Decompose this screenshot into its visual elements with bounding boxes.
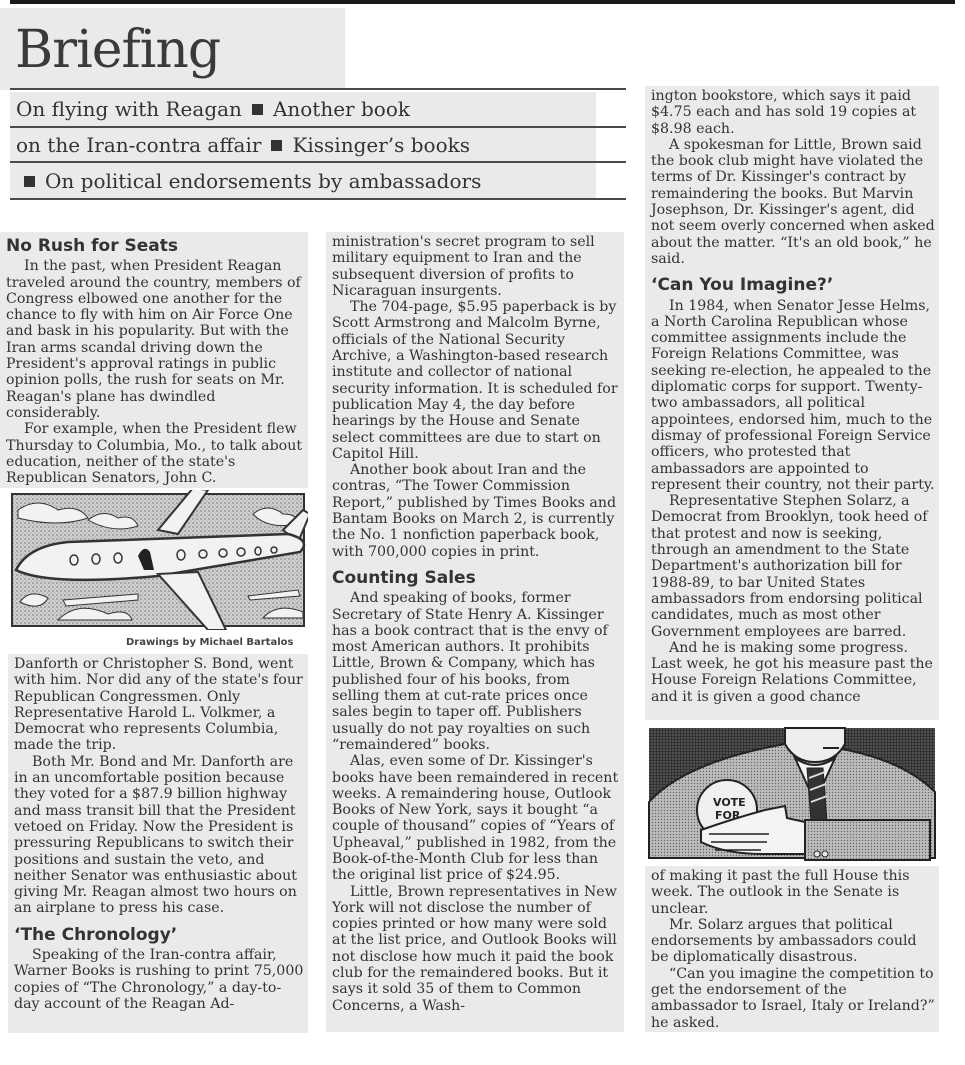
deck-text: On political endorsements by ambassadors <box>45 169 481 193</box>
paragraph: In the past, when President Reagan trave… <box>6 258 304 421</box>
deck-text: on the Iran-contra affair <box>16 133 261 157</box>
column-1-bottom: Danforth or Christopher S. Bond, went wi… <box>8 654 308 1033</box>
paragraph: For example, when the President flew Thu… <box>6 421 304 486</box>
column-2: ministration's secret program to sell mi… <box>326 232 624 1032</box>
paragraph: Both Mr. Bond and Mr. Danforth are in an… <box>14 754 304 917</box>
masthead: Briefing <box>0 8 345 90</box>
bullet-square-icon <box>271 140 282 151</box>
deck-line-1: On flying with ReaganAnother book <box>10 92 596 128</box>
paragraph: “Can you imagine the competition to get … <box>651 966 935 1031</box>
paragraph: Alas, even some of Dr. Kissinger's books… <box>332 753 620 883</box>
airplane-drawing-icon <box>8 490 308 630</box>
paragraph: And he is making some progress. Last wee… <box>651 640 935 705</box>
section-heading: ‘The Chronology’ <box>14 927 304 943</box>
paragraph: Danforth or Christopher S. Bond, went wi… <box>14 656 304 754</box>
paragraph: Another book about Iran and the contras,… <box>332 462 620 560</box>
deck-text: Another book <box>273 97 410 121</box>
svg-text:VOTE: VOTE <box>713 796 746 809</box>
paragraph: Speaking of the Iran-contra affair, Warn… <box>14 947 304 1012</box>
section-heading: ‘Can You Imagine?’ <box>651 277 935 293</box>
paragraph: ington bookstore, which says it paid $4.… <box>651 88 935 137</box>
airplane-illustration: Drawings by Michael Bartalos <box>8 490 308 652</box>
paragraph: Mr. Solarz argues that political endorse… <box>651 917 935 966</box>
paragraph: In 1984, when Senator Jesse Helms, a Nor… <box>651 298 935 494</box>
section-heading: Counting Sales <box>332 570 620 586</box>
column-3-top: ington bookstore, which says it paid $4.… <box>645 86 939 720</box>
column-1-top: No Rush for Seats In the past, when Pres… <box>0 232 308 488</box>
deck-text: On flying with Reagan <box>16 97 242 121</box>
masthead-title: Briefing <box>15 20 220 80</box>
section-heading: No Rush for Seats <box>6 238 304 254</box>
rule <box>10 88 626 90</box>
ambassador-illustration: VOTE FOR <box>645 722 939 862</box>
paragraph: And speaking of books, former Secretary … <box>332 590 620 753</box>
bullet-square-icon <box>24 176 35 187</box>
paragraph: A spokesman for Little, Brown said the b… <box>651 137 935 267</box>
illustration-credit: Drawings by Michael Bartalos <box>126 637 293 648</box>
rule <box>10 161 626 163</box>
top-rule <box>10 0 955 4</box>
bullet-square-icon <box>252 104 263 115</box>
paragraph: ministration's secret program to sell mi… <box>332 234 620 299</box>
ambassador-drawing-icon: VOTE FOR <box>645 722 939 862</box>
deck-line-2: on the Iran-contra affairKissinger’s boo… <box>10 128 596 164</box>
deck-line-3: On political endorsements by ambassadors <box>10 164 596 200</box>
deck-text: Kissinger’s books <box>292 133 470 157</box>
rule <box>10 198 626 200</box>
paragraph: The 704-page, $5.95 paperback is by Scot… <box>332 299 620 462</box>
paragraph: of making it past the full House this we… <box>651 868 935 917</box>
paragraph: Representative Stephen Solarz, a Democra… <box>651 493 935 640</box>
column-3-bottom: of making it past the full House this we… <box>645 866 939 1032</box>
paragraph: Little, Brown representatives in New Yor… <box>332 884 620 1014</box>
